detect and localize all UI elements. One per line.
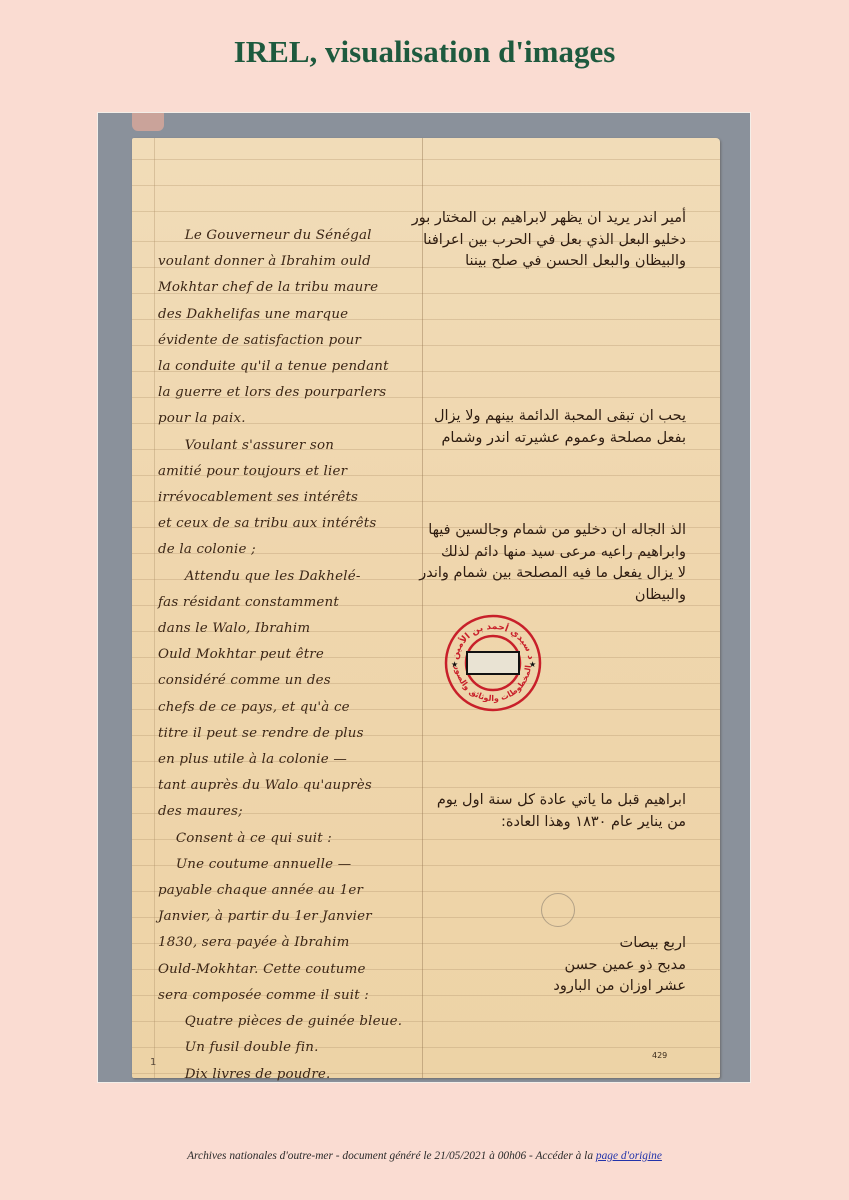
french-handwritten-text: Le Gouverneur du Sénégal voulant donner … <box>158 223 420 1083</box>
archive-seal-stamp: د سيدي أحمد بن الأمين المخطوطات والوثائق… <box>443 613 543 713</box>
page-title: IREL, visualisation d'images <box>0 34 849 70</box>
margin-line <box>154 138 155 1078</box>
footer-text: Archives nationales d'outre-mer - docume… <box>187 1150 596 1162</box>
folio-number-right: 429 <box>652 1051 667 1060</box>
arabic-text-block-4: ابراهيم قبل ما ياتي عادة كل سنة اول يوم … <box>437 790 686 833</box>
binding-tab <box>132 113 164 131</box>
center-fold <box>422 138 423 1078</box>
source-page-link[interactable]: page d'origine <box>596 1150 662 1162</box>
arabic-text-block-3: الذ الجاله ان دخليو من شمام وجالسين فيها… <box>419 520 686 606</box>
svg-text:★: ★ <box>451 660 458 669</box>
arabic-text-block-1: أمير اندر يريد ان يظهر لابراهيم بن المخت… <box>412 208 686 273</box>
arabic-text-block-2: يحب ان تبقى المحبة الدائمة بينهم ولا يزا… <box>434 406 686 449</box>
svg-text:★: ★ <box>529 660 536 669</box>
manuscript-page: Le Gouverneur du Sénégal voulant donner … <box>132 138 720 1078</box>
document-image-viewer[interactable]: Le Gouverneur du Sénégal voulant donner … <box>97 112 751 1083</box>
small-archive-stamp <box>541 893 575 927</box>
footer: Archives nationales d'outre-mer - docume… <box>0 1150 849 1162</box>
folio-number-left: 1 <box>150 1057 156 1068</box>
arabic-text-block-5: اربع بيصات مدبح ذو عمين حسن عشر اوزان من… <box>553 933 686 998</box>
